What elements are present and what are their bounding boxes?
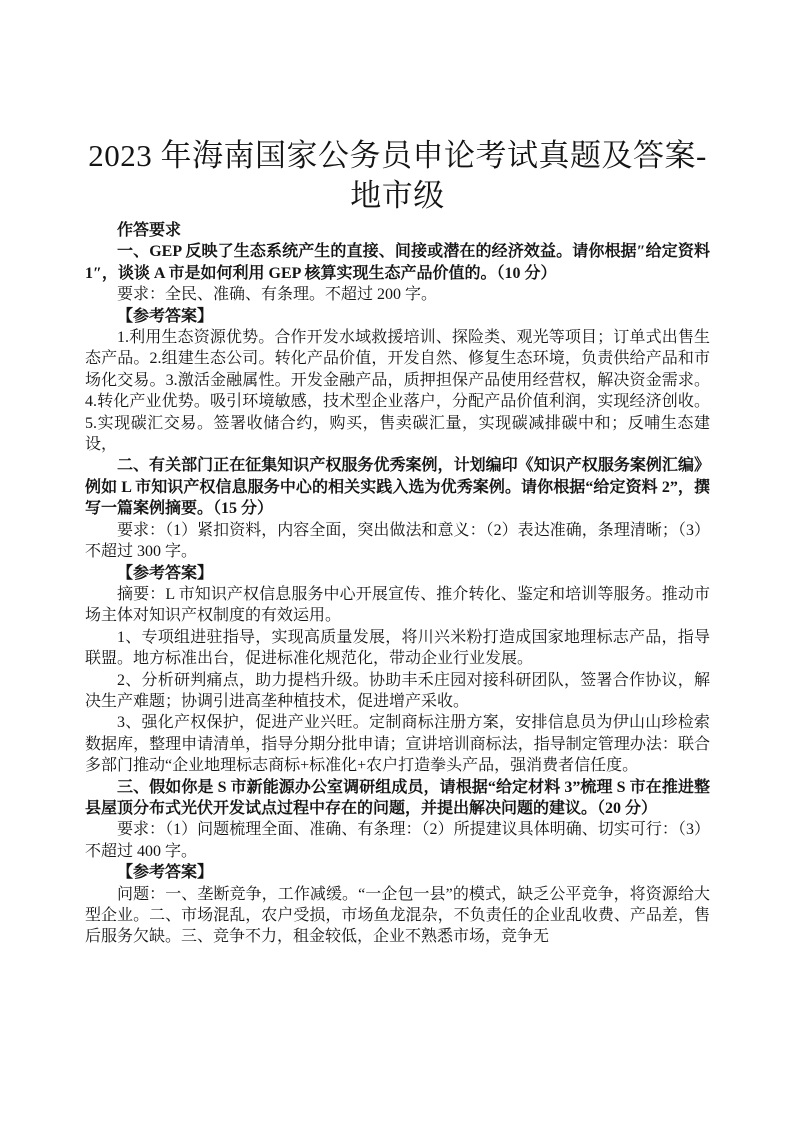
- paragraph: 要求：全民、准确、有条理。不超过 200 字。: [85, 284, 710, 305]
- paragraph: 【参考答案】: [85, 563, 710, 584]
- paragraph: 2、分析研判痛点，助力提档升级。协助丰禾庄园对接科研团队，签署合作协议，解决生产…: [85, 670, 710, 713]
- paragraph: 【参考答案】: [85, 862, 710, 883]
- paragraph: 二、有关部门正在征集知识产权服务优秀案例，计划编印《知识产权服务案例汇编》例如 …: [85, 455, 710, 519]
- paragraph: 3、强化产权保护，促进产业兴旺。定制商标注册方案，安排信息员为伊山山珍检索数据库…: [85, 712, 710, 776]
- paragraph: 问题：一、垄断竞争，工作减缓。“一企包一县”的模式，缺乏公平竞争，将资源给大型企…: [85, 884, 710, 948]
- paragraph: 一、GEP 反映了生态系统产生的直接、间接或潜在的经济效益。请你根据″给定资料 …: [85, 241, 710, 284]
- paragraph: 作答要求: [85, 220, 710, 241]
- paragraph: 1.利用生态资源优势。合作开发水域救援培训、探险类、观光等项目；订单式出售生态产…: [85, 327, 710, 455]
- document-page: 2023 年海南国家公务员申论考试真题及答案- 地市级 作答要求一、GEP 反映…: [0, 0, 793, 1121]
- document-title-line-1: 2023 年海南国家公务员申论考试真题及答案-: [85, 136, 710, 176]
- paragraph: 摘要：L 市知识产权信息服务中心开展宣传、推介转化、鉴定和培训等服务。推动市场主…: [85, 584, 710, 627]
- document-content: 2023 年海南国家公务员申论考试真题及答案- 地市级 作答要求一、GEP 反映…: [85, 136, 710, 948]
- paragraph: 1、专项组进驻指导，实现高质量发展，将川兴米粉打造成国家地理标志产品，指导联盟。…: [85, 627, 710, 670]
- document-title: 2023 年海南国家公务员申论考试真题及答案- 地市级: [85, 136, 710, 216]
- paragraph: 三、假如你是 S 市新能源办公室调研组成员，请根据“给定材料 3”梳理 S 市在…: [85, 777, 710, 820]
- document-body: 作答要求一、GEP 反映了生态系统产生的直接、间接或潜在的经济效益。请你根据″给…: [85, 220, 710, 948]
- document-title-line-2: 地市级: [85, 176, 710, 216]
- paragraph: 【参考答案】: [85, 306, 710, 327]
- paragraph: 要求：（1）紧扣资料，内容全面，突出做法和意义：（2）表达准确，条理清晰；（3）…: [85, 520, 710, 563]
- paragraph: 要求：（1）问题梳理全面、准确、有条理：（2）所提建议具体明确、切实可行：（3）…: [85, 819, 710, 862]
